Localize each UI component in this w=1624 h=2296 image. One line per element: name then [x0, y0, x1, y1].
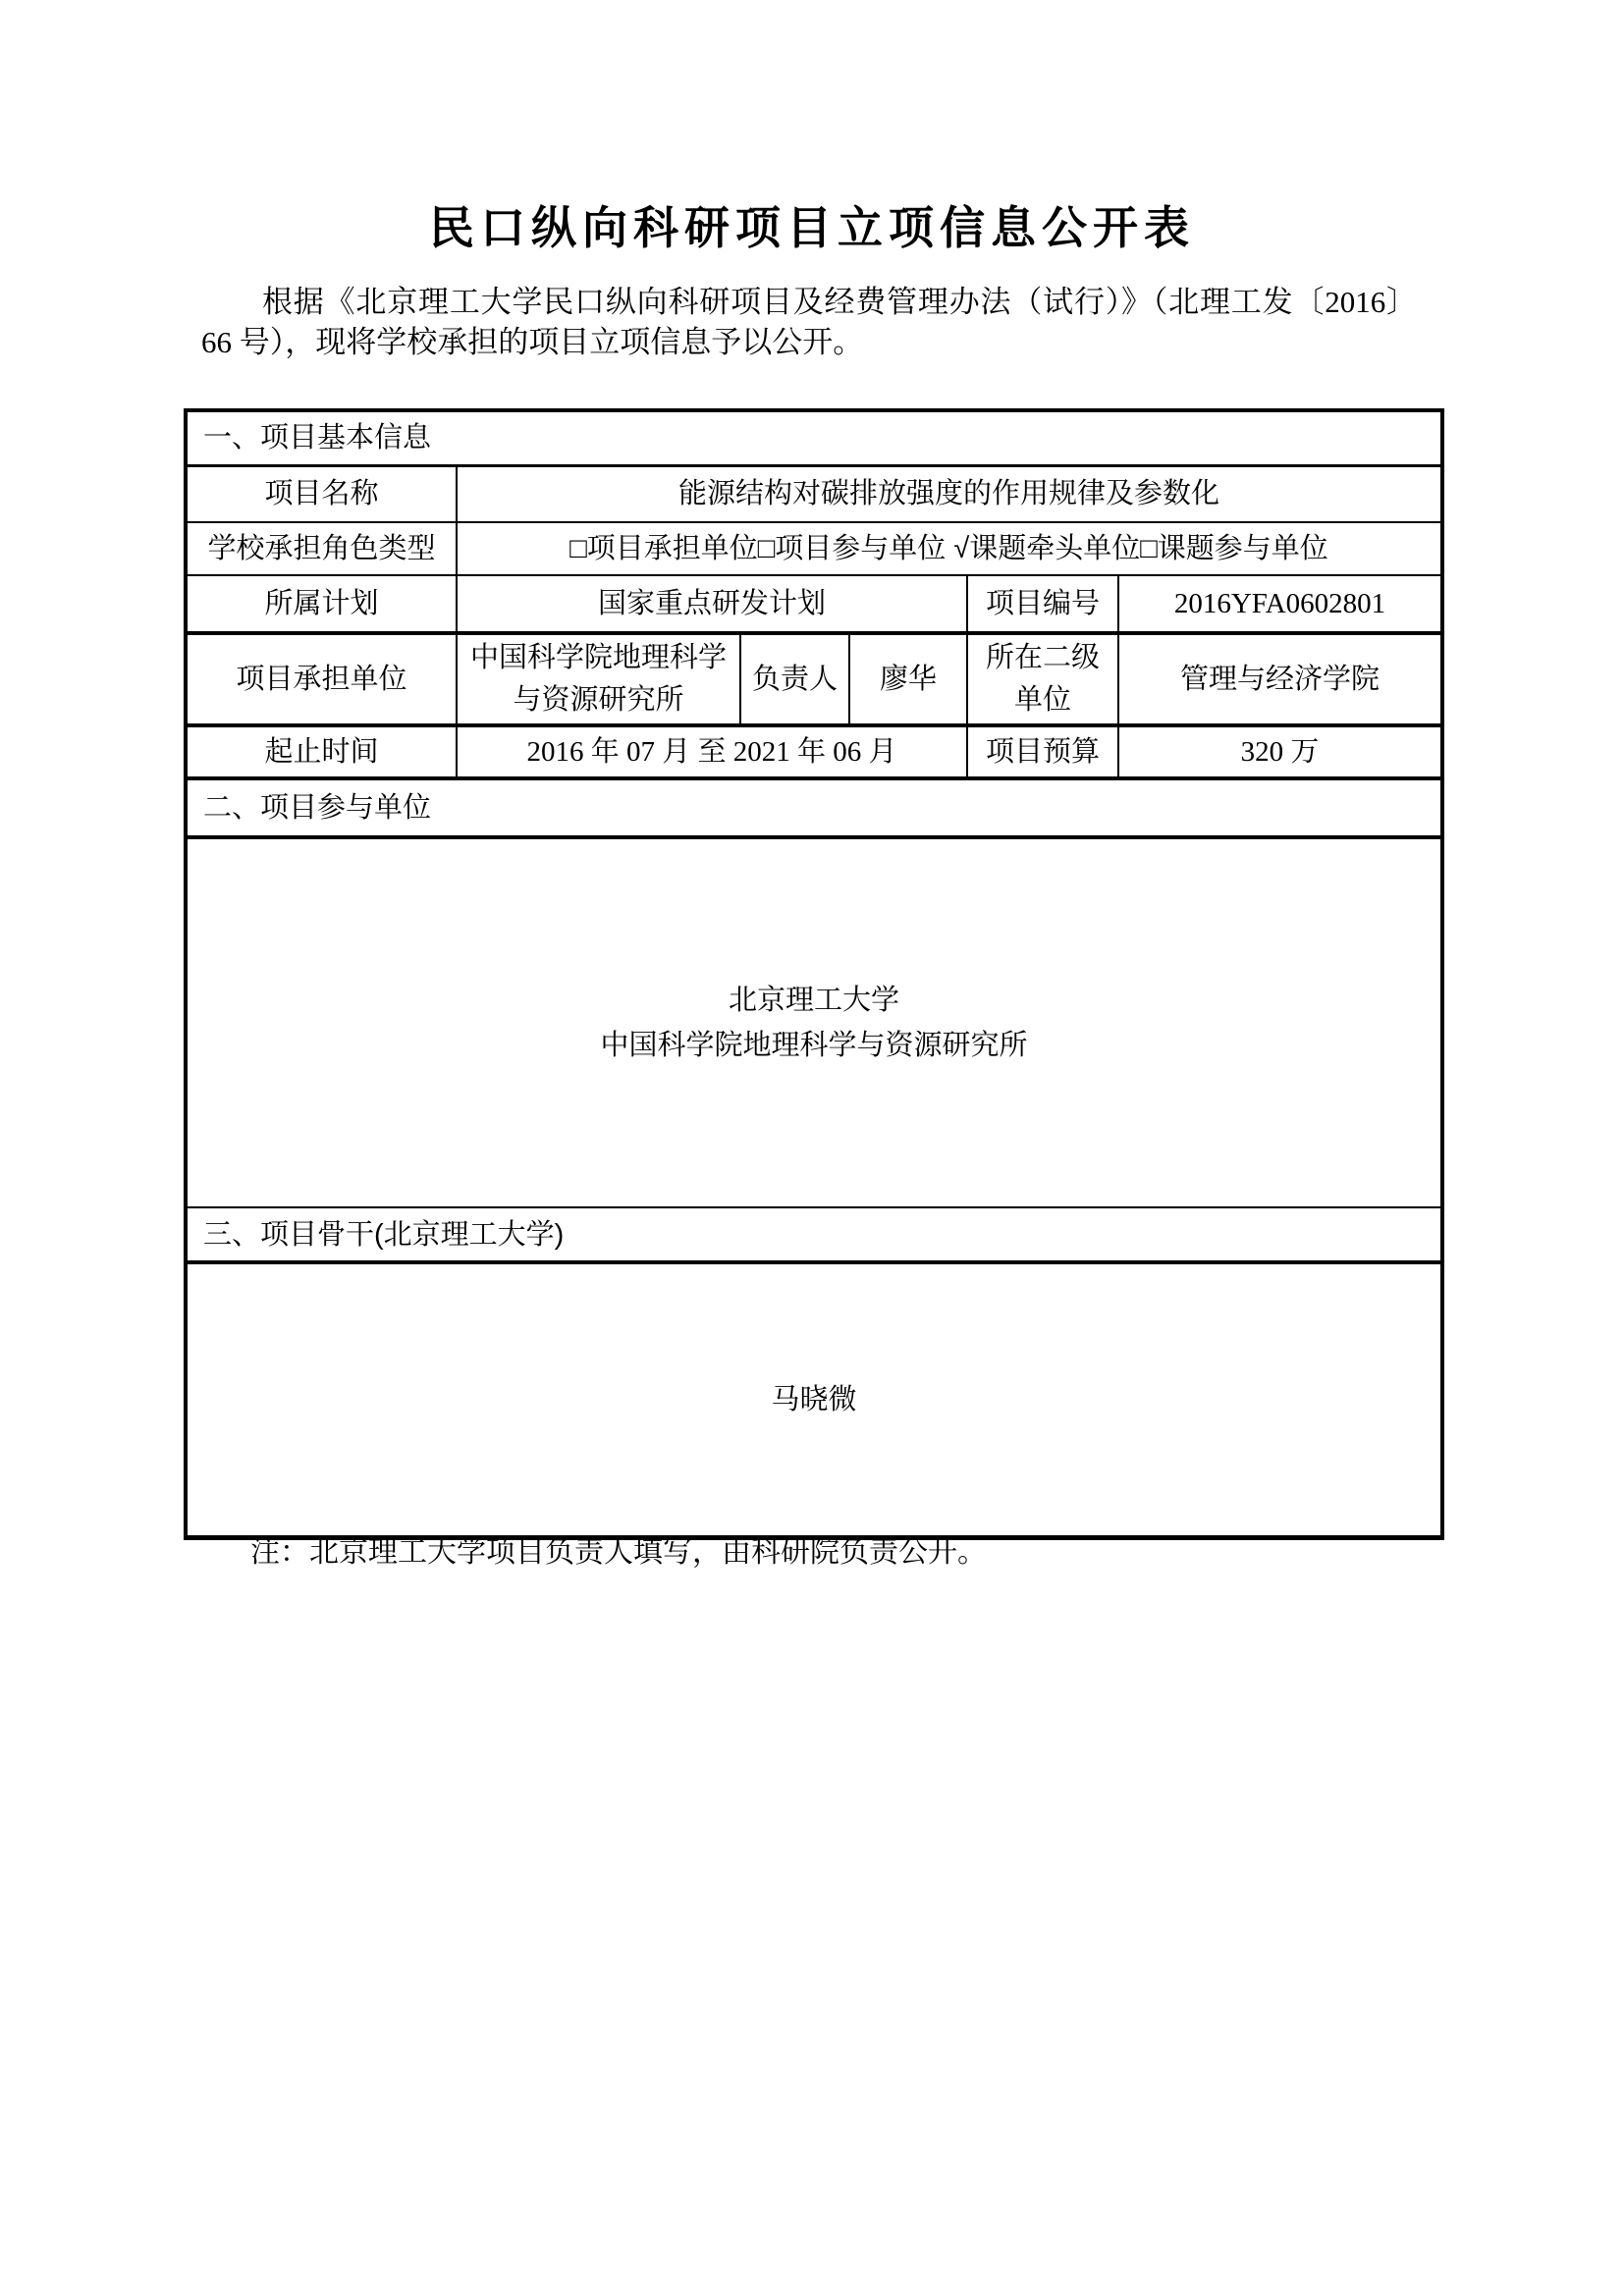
project-number-label: 项目编号: [967, 575, 1118, 633]
role-type-label: 学校承担角色类型: [186, 522, 457, 575]
section-backbone-header: 三、项目骨干(北京理工大学): [186, 1207, 1442, 1262]
plan-row: 所属计划 国家重点研发计划 项目编号 2016YFA0602801: [186, 575, 1442, 633]
undertaker-label: 项目承担单位: [186, 633, 457, 725]
leader-label: 负责人: [740, 633, 849, 725]
role-type-value: □项目承担单位□项目参与单位 √课题牵头单位□课题参与单位: [457, 522, 1442, 575]
role-type-row: 学校承担角色类型 □项目承担单位□项目参与单位 √课题牵头单位□课题参与单位: [186, 522, 1442, 575]
section-basic-header-row: 一、项目基本信息: [186, 410, 1442, 465]
participants-row: 北京理工大学 中国科学院地理科学与资源研究所: [186, 837, 1442, 1207]
undertaker-row: 项目承担单位 中国科学院地理科学与资源研究所 负责人 廖华 所在二级单位 管理与…: [186, 633, 1442, 725]
secondary-unit-label: 所在二级单位: [967, 633, 1118, 725]
project-info-table: 一、项目基本信息 项目名称 能源结构对碳排放强度的作用规律及参数化 学校承担角色…: [184, 408, 1444, 1540]
section-participants-header: 二、项目参与单位: [186, 778, 1442, 837]
project-name-label: 项目名称: [186, 465, 457, 522]
project-name-row: 项目名称 能源结构对碳排放强度的作用规律及参数化: [186, 465, 1442, 522]
undertaker-value: 中国科学院地理科学与资源研究所: [457, 633, 740, 725]
section-basic-header: 一、项目基本信息: [186, 410, 1442, 465]
plan-label: 所属计划: [186, 575, 457, 633]
document-title: 民口纵向科研项目立项信息公开表: [0, 199, 1624, 256]
duration-value: 2016 年 07 月 至 2021 年 06 月: [457, 725, 967, 778]
backbone-row: 马晓微: [186, 1262, 1442, 1537]
section-backbone-header-row: 三、项目骨干(北京理工大学): [186, 1207, 1442, 1262]
budget-label: 项目预算: [967, 725, 1118, 778]
leader-value: 廖华: [849, 633, 967, 725]
participant-item: 北京理工大学: [188, 978, 1440, 1023]
backbone-cell: 马晓微: [186, 1262, 1442, 1537]
document-page: 民口纵向科研项目立项信息公开表 根据《北京理工大学民口纵向科研项目及经费管理办法…: [0, 0, 1624, 2296]
footnote: 注：北京理工大学项目负责人填写，由科研院负责公开。: [250, 1534, 987, 1572]
duration-label: 起止时间: [186, 725, 457, 778]
intro-paragraph: 根据《北京理工大学民口纵向科研项目及经费管理办法（试行）》（北理工发〔2016〕…: [201, 282, 1417, 362]
project-name-value: 能源结构对碳排放强度的作用规律及参数化: [457, 465, 1442, 522]
participant-item: 中国科学院地理科学与资源研究所: [188, 1023, 1440, 1068]
project-number-value: 2016YFA0602801: [1118, 575, 1442, 633]
secondary-unit-value: 管理与经济学院: [1118, 633, 1442, 725]
budget-value: 320 万: [1118, 725, 1442, 778]
section-participants-header-row: 二、项目参与单位: [186, 778, 1442, 837]
duration-row: 起止时间 2016 年 07 月 至 2021 年 06 月 项目预算 320 …: [186, 725, 1442, 778]
backbone-name: 马晓微: [188, 1380, 1440, 1419]
participants-cell: 北京理工大学 中国科学院地理科学与资源研究所: [186, 837, 1442, 1207]
plan-value: 国家重点研发计划: [457, 575, 967, 633]
